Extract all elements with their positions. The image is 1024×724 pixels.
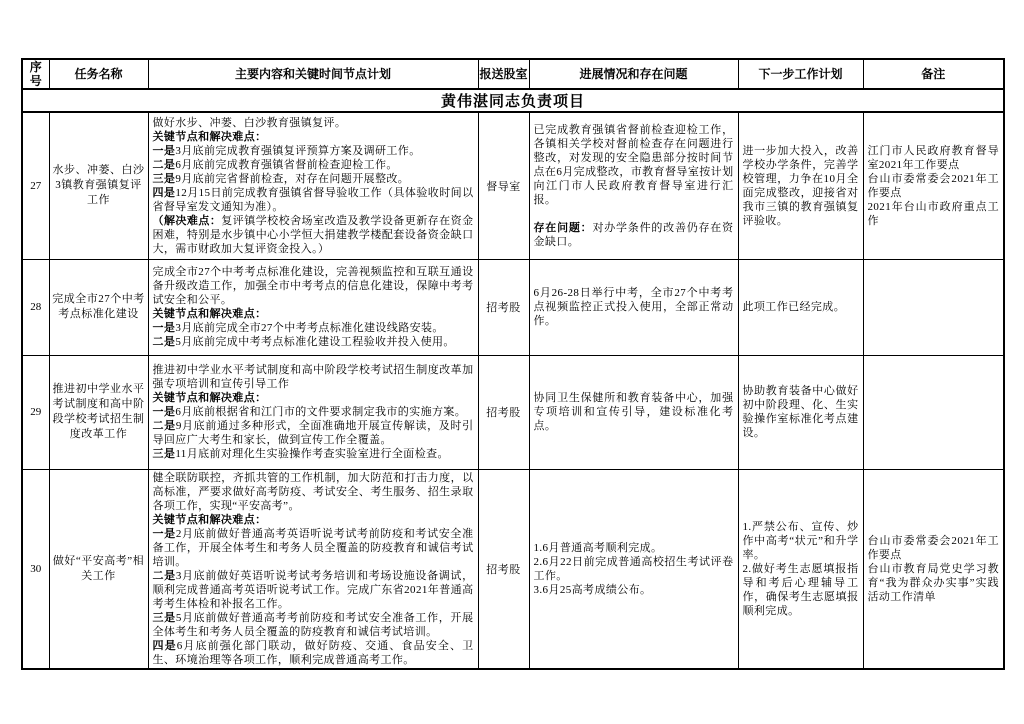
- col-header-seq: 序号: [22, 59, 49, 89]
- paragraph: 一是6月底前根据省和江门市的文件要求制定我市的实施方案。: [153, 405, 474, 419]
- paragraph: 已完成教育强镇省督前检查迎检工作，各镇相关学校对督前检查存在问题进行整改，对发现…: [534, 123, 734, 207]
- text: 3月底前做好英语听说考试考务培训和考场设施设备调试，顺利完成普通高考英语听说考试…: [153, 570, 474, 610]
- text: 2.做好考生志愿填报指导和考后心理辅导工作，确保考生志愿填报顺利完成。: [743, 563, 859, 617]
- text: 5月底前做好普通高考考前防疫和考试安全准备工作，开展全体考生和考务人员全覆盖的防…: [153, 612, 474, 638]
- bold-text: 关键节点和解决难点：: [153, 308, 267, 320]
- section-title: 黄伟湛同志负责项目: [22, 89, 1004, 112]
- bold-text: 四是: [153, 187, 176, 199]
- paragraph: 健全联防联控，齐抓共管的工作机制，加大防范和打击力度，以高标准，严要求做好高考防…: [153, 471, 474, 513]
- text: 6月底前强化部门联动，做好防疫、交通、食品安全、卫生、环境治理等各项工作，顺利完…: [153, 640, 474, 666]
- cell-remarks: [863, 355, 1004, 469]
- paragraph: 台山市教育局党史学习教育“我为群众办实事”实践活动工作清单: [868, 562, 1000, 604]
- paragraph: 关键节点和解决难点：: [153, 130, 474, 144]
- col-header-remarks: 备注: [863, 59, 1004, 89]
- bold-text: 关键节点和解决难点：: [153, 514, 267, 526]
- paragraph: 关键节点和解决难点：: [153, 513, 474, 527]
- bold-text: （解决难点：: [153, 215, 222, 227]
- cell-main-content: 完成全市27个中考考点标准化建设，完善视频监控和互联互通设备升级改造工作，加强全…: [148, 259, 478, 355]
- cell-seq: 27: [22, 112, 49, 259]
- paragraph: 协同卫生保健所和教育装备中心，加强专项培训和宣传引导，建设标准化考点。: [534, 391, 734, 433]
- col-header-progress: 进展情况和存在问题: [529, 59, 738, 89]
- bold-text: 一是: [153, 145, 176, 157]
- text: 11月底前对理化生实验操作考查实验室进行全面检查。: [175, 448, 449, 460]
- paragraph: 江门市人民政府教育督导室2021年工作要点: [868, 144, 1000, 172]
- cell-main-content: 推进初中学业水平考试制度和高中阶段学校考试招生制度改革加强专项培训和宣传引导工作…: [148, 355, 478, 469]
- cell-main-content: 健全联防联控，齐抓共管的工作机制，加大防范和打击力度，以高标准，严要求做好高考防…: [148, 469, 478, 669]
- text: 健全联防联控，齐抓共管的工作机制，加大防范和打击力度，以高标准，严要求做好高考防…: [153, 472, 474, 512]
- cell-task-name: 完成全市27个中考考点标准化建设: [49, 259, 148, 355]
- paragraph: 三是5月底前做好普通高考考前防疫和考试安全准备工作，开展全体考生和考务人员全覆盖…: [153, 611, 474, 639]
- bold-text: 一是: [153, 528, 176, 540]
- text: 进一步加大投入，改善学校办学条件，完善学校管理，力争在10月全面完成整改，迎接省…: [743, 145, 859, 227]
- bold-text: 三是: [153, 612, 176, 624]
- paragraph: 1.6月普通高考顺利完成。: [534, 541, 734, 555]
- paragraph: 四是12月15日前完成教育强镇省督导验收工作（具体验收时间以省督导室发文通知为准…: [153, 186, 474, 214]
- paragraph: 一是2月底前做好普通高考英语听说考试考前防疫和考试安全准备工作，开展全体考生和考…: [153, 527, 474, 569]
- task-table: 序号 任务名称 主要内容和关键时间节点计划 报送股室 进展情况和存在问题 下一步…: [21, 58, 1005, 670]
- cell-remarks: 台山市委常委会2021年工作要点台山市教育局党史学习教育“我为群众办实事”实践活…: [863, 469, 1004, 669]
- table-row: 27水步、冲蒌、白沙3镇教育强镇复评工作做好水步、冲蒌、白沙教育强镇复评。关键节…: [22, 112, 1004, 259]
- col-header-dept: 报送股室: [478, 59, 529, 89]
- paragraph: 四是6月底前强化部门联动，做好防疫、交通、食品安全、卫生、环境治理等各项工作，顺…: [153, 639, 474, 667]
- text: 台山市委常委会2021年工作要点: [868, 173, 1000, 199]
- paragraph: 2.6月22日前完成普通高校招生考试评卷工作。: [534, 555, 734, 583]
- bold-text: 二是: [153, 570, 176, 582]
- text: 此项工作已经完成。: [743, 301, 846, 313]
- document-page: 序号 任务名称 主要内容和关键时间节点计划 报送股室 进展情况和存在问题 下一步…: [0, 0, 1024, 724]
- text: 3月底前完成全市27个中考考点标准化建设线路安装。: [175, 322, 444, 334]
- cell-task-name: 做好“平安高考”相关工作: [49, 469, 148, 669]
- cell-next-steps: 进一步加大投入，改善学校办学条件，完善学校管理，力争在10月全面完成整改，迎接省…: [738, 112, 863, 259]
- cell-remarks: [863, 259, 1004, 355]
- text: 6月底前完成教育强镇省督前检查迎检工作。: [175, 159, 398, 171]
- bold-text: 关键节点和解决难点：: [153, 131, 267, 143]
- paragraph: 6月26-28日举行中考，全市27个中考考点视频监控正式投入使用，全部正常动作。: [534, 286, 734, 328]
- paragraph: 推进初中学业水平考试制度和高中阶段学校考试招生制度改革加强专项培训和宣传引导工作: [153, 363, 474, 391]
- text: 3月底前完成教育强镇复评预算方案及调研工作。: [175, 145, 420, 157]
- cell-dept: 招考股: [478, 259, 529, 355]
- paragraph: 二是3月底前做好英语听说考试考务培训和考场设施设备调试，顺利完成普通高考英语听说…: [153, 569, 474, 611]
- cell-progress: 协同卫生保健所和教育装备中心，加强专项培训和宣传引导，建设标准化考点。: [529, 355, 738, 469]
- paragraph: 协助教育装备中心做好初中阶段理、化、生实验操作室标准化考点建设。: [743, 384, 859, 440]
- table-header-row: 序号 任务名称 主要内容和关键时间节点计划 报送股室 进展情况和存在问题 下一步…: [22, 59, 1004, 89]
- text: 推进初中学业水平考试制度和高中阶段学校考试招生制度改革加强专项培训和宣传引导工作: [153, 364, 474, 390]
- table-row: 29推进初中学业水平考试制度和高中阶段学校考试招生制度改革工作推进初中学业水平考…: [22, 355, 1004, 469]
- paragraph: 2.做好考生志愿填报指导和考后心理辅导工作，确保考生志愿填报顺利完成。: [743, 562, 859, 618]
- paragraph: 一是3月底前完成教育强镇复评预算方案及调研工作。: [153, 144, 474, 158]
- bold-text: 关键节点和解决难点：: [153, 392, 267, 404]
- text: 江门市人民政府教育督导室2021年工作要点: [868, 145, 1000, 171]
- paragraph: 台山市委常委会2021年工作要点: [868, 172, 1000, 200]
- paragraph: 进一步加大投入，改善学校办学条件，完善学校管理，力争在10月全面完成整改，迎接省…: [743, 144, 859, 228]
- section-row: 黄伟湛同志负责项目: [22, 89, 1004, 112]
- cell-progress: 1.6月普通高考顺利完成。2.6月22日前完成普通高校招生考试评卷工作。3.6月…: [529, 469, 738, 669]
- text: 完成全市27个中考考点标准化建设，完善视频监控和互联互通设备升级改造工作，加强全…: [153, 266, 474, 306]
- text: 协助教育装备中心做好初中阶段理、化、生实验操作室标准化考点建设。: [743, 385, 859, 439]
- paragraph: 1.严禁公布、宣传、炒作中高考“状元”和升学率。: [743, 520, 859, 562]
- cell-seq: 28: [22, 259, 49, 355]
- cell-progress: 6月26-28日举行中考，全市27个中考考点视频监控正式投入使用，全部正常动作。: [529, 259, 738, 355]
- paragraph: 完成全市27个中考考点标准化建设，完善视频监控和互联互通设备升级改造工作，加强全…: [153, 265, 474, 307]
- cell-remarks: 江门市人民政府教育督导室2021年工作要点台山市委常委会2021年工作要点202…: [863, 112, 1004, 259]
- bold-text: 二是: [153, 159, 176, 171]
- col-header-task: 任务名称: [49, 59, 148, 89]
- table-header: 序号 任务名称 主要内容和关键时间节点计划 报送股室 进展情况和存在问题 下一步…: [22, 59, 1004, 89]
- paragraph: 三是9月底前完省督前检查，对存在问题开展整改。: [153, 172, 474, 186]
- paragraph: 做好水步、冲蒌、白沙教育强镇复评。: [153, 116, 474, 130]
- text: 9月底前完省督前检查，对存在问题开展整改。: [175, 173, 409, 185]
- paragraph: 二是6月底前完成教育强镇省督前检查迎检工作。: [153, 158, 474, 172]
- paragraph: 2021年台山市政府重点工作: [868, 200, 1000, 228]
- paragraph: 关键节点和解决难点：: [153, 391, 474, 405]
- table-row: 28完成全市27个中考考点标准化建设完成全市27个中考考点标准化建设，完善视频监…: [22, 259, 1004, 355]
- bold-text: 三是: [153, 448, 176, 460]
- text: 1.严禁公布、宣传、炒作中高考“状元”和升学率。: [743, 521, 859, 561]
- cell-seq: 30: [22, 469, 49, 669]
- text: 协同卫生保健所和教育装备中心，加强专项培训和宣传引导，建设标准化考点。: [534, 392, 734, 432]
- cell-task-name: 水步、冲蒌、白沙3镇教育强镇复评工作: [49, 112, 148, 259]
- paragraph: [534, 207, 734, 221]
- cell-progress: 已完成教育强镇省督前检查迎检工作，各镇相关学校对督前检查存在问题进行整改，对发现…: [529, 112, 738, 259]
- cell-next-steps: 1.严禁公布、宣传、炒作中高考“状元”和升学率。2.做好考生志愿填报指导和考后心…: [738, 469, 863, 669]
- bold-text: 四是: [153, 640, 177, 652]
- cell-seq: 29: [22, 355, 49, 469]
- paragraph: 三是11月底前对理化生实验操作考查实验室进行全面检查。: [153, 447, 474, 461]
- paragraph: 一是3月底前完成全市27个中考考点标准化建设线路安装。: [153, 321, 474, 335]
- bold-text: 一是: [153, 322, 176, 334]
- cell-main-content: 做好水步、冲蒌、白沙教育强镇复评。关键节点和解决难点：一是3月底前完成教育强镇复…: [148, 112, 478, 259]
- cell-dept: 招考股: [478, 355, 529, 469]
- text: 12月15日前完成教育强镇省督导验收工作（具体验收时间以省督导室发文通知为准）。: [153, 187, 474, 213]
- paragraph: （解决难点：复评镇学校校舍场室改造及教学设备更新存在资金困难，特别是水步镇中心小…: [153, 214, 474, 256]
- text: 1.6月普通高考顺利完成。: [534, 542, 663, 554]
- text: 9月底前通过多种形式，全面准确地开展宣传解读，及时引导回应广大考生和家长，做到宣…: [153, 420, 474, 446]
- paragraph: 3.6月25高考成绩公布。: [534, 583, 734, 597]
- col-header-main: 主要内容和关键时间节点计划: [148, 59, 478, 89]
- table-row: 30做好“平安高考”相关工作健全联防联控，齐抓共管的工作机制，加大防范和打击力度…: [22, 469, 1004, 669]
- text: 台山市教育局党史学习教育“我为群众办实事”实践活动工作清单: [868, 563, 1000, 603]
- cell-next-steps: 此项工作已经完成。: [738, 259, 863, 355]
- paragraph: 此项工作已经完成。: [743, 300, 859, 314]
- cell-next-steps: 协助教育装备中心做好初中阶段理、化、生实验操作室标准化考点建设。: [738, 355, 863, 469]
- paragraph: 存在问题：对办学条件的改善仍存在资金缺口。: [534, 221, 734, 249]
- text: 已完成教育强镇省督前检查迎检工作，各镇相关学校对督前检查存在问题进行整改，对发现…: [534, 124, 734, 206]
- cell-dept: 督导室: [478, 112, 529, 259]
- bold-text: 一是: [153, 406, 176, 418]
- bold-text: 二是: [153, 336, 176, 348]
- text: 3.6月25高考成绩公布。: [534, 584, 652, 596]
- paragraph: 台山市委常委会2021年工作要点: [868, 534, 1000, 562]
- text: 6月26-28日举行中考，全市27个中考考点视频监控正式投入使用，全部正常动作。: [534, 287, 734, 327]
- bold-text: 二是: [153, 420, 176, 432]
- text: 台山市委常委会2021年工作要点: [868, 535, 1000, 561]
- col-header-next: 下一步工作计划: [738, 59, 863, 89]
- text: 2月底前做好普通高考英语听说考试考前防疫和考试安全准备工作，开展全体考生和考务人…: [153, 528, 474, 568]
- cell-dept: 招考股: [478, 469, 529, 669]
- paragraph: 二是9月底前通过多种形式，全面准确地开展宣传解读，及时引导回应广大考生和家长，做…: [153, 419, 474, 447]
- text: 2.6月22日前完成普通高校招生考试评卷工作。: [534, 556, 734, 582]
- text: 5月底前完成中考考点标准化建设工程验收并投入使用。: [175, 336, 455, 348]
- text: 2021年台山市政府重点工作: [868, 201, 1000, 227]
- text: 做好水步、冲蒌、白沙教育强镇复评。: [153, 117, 347, 129]
- table-body: 黄伟湛同志负责项目 27水步、冲蒌、白沙3镇教育强镇复评工作做好水步、冲蒌、白沙…: [22, 89, 1004, 669]
- bold-text: 存在问题：: [534, 222, 593, 234]
- paragraph: 关键节点和解决难点：: [153, 307, 474, 321]
- cell-task-name: 推进初中学业水平考试制度和高中阶段学校考试招生制度改革工作: [49, 355, 148, 469]
- bold-text: 三是: [153, 173, 176, 185]
- paragraph: 二是5月底前完成中考考点标准化建设工程验收并投入使用。: [153, 335, 474, 349]
- text: 6月底前根据省和江门市的文件要求制定我市的实施方案。: [175, 406, 466, 418]
